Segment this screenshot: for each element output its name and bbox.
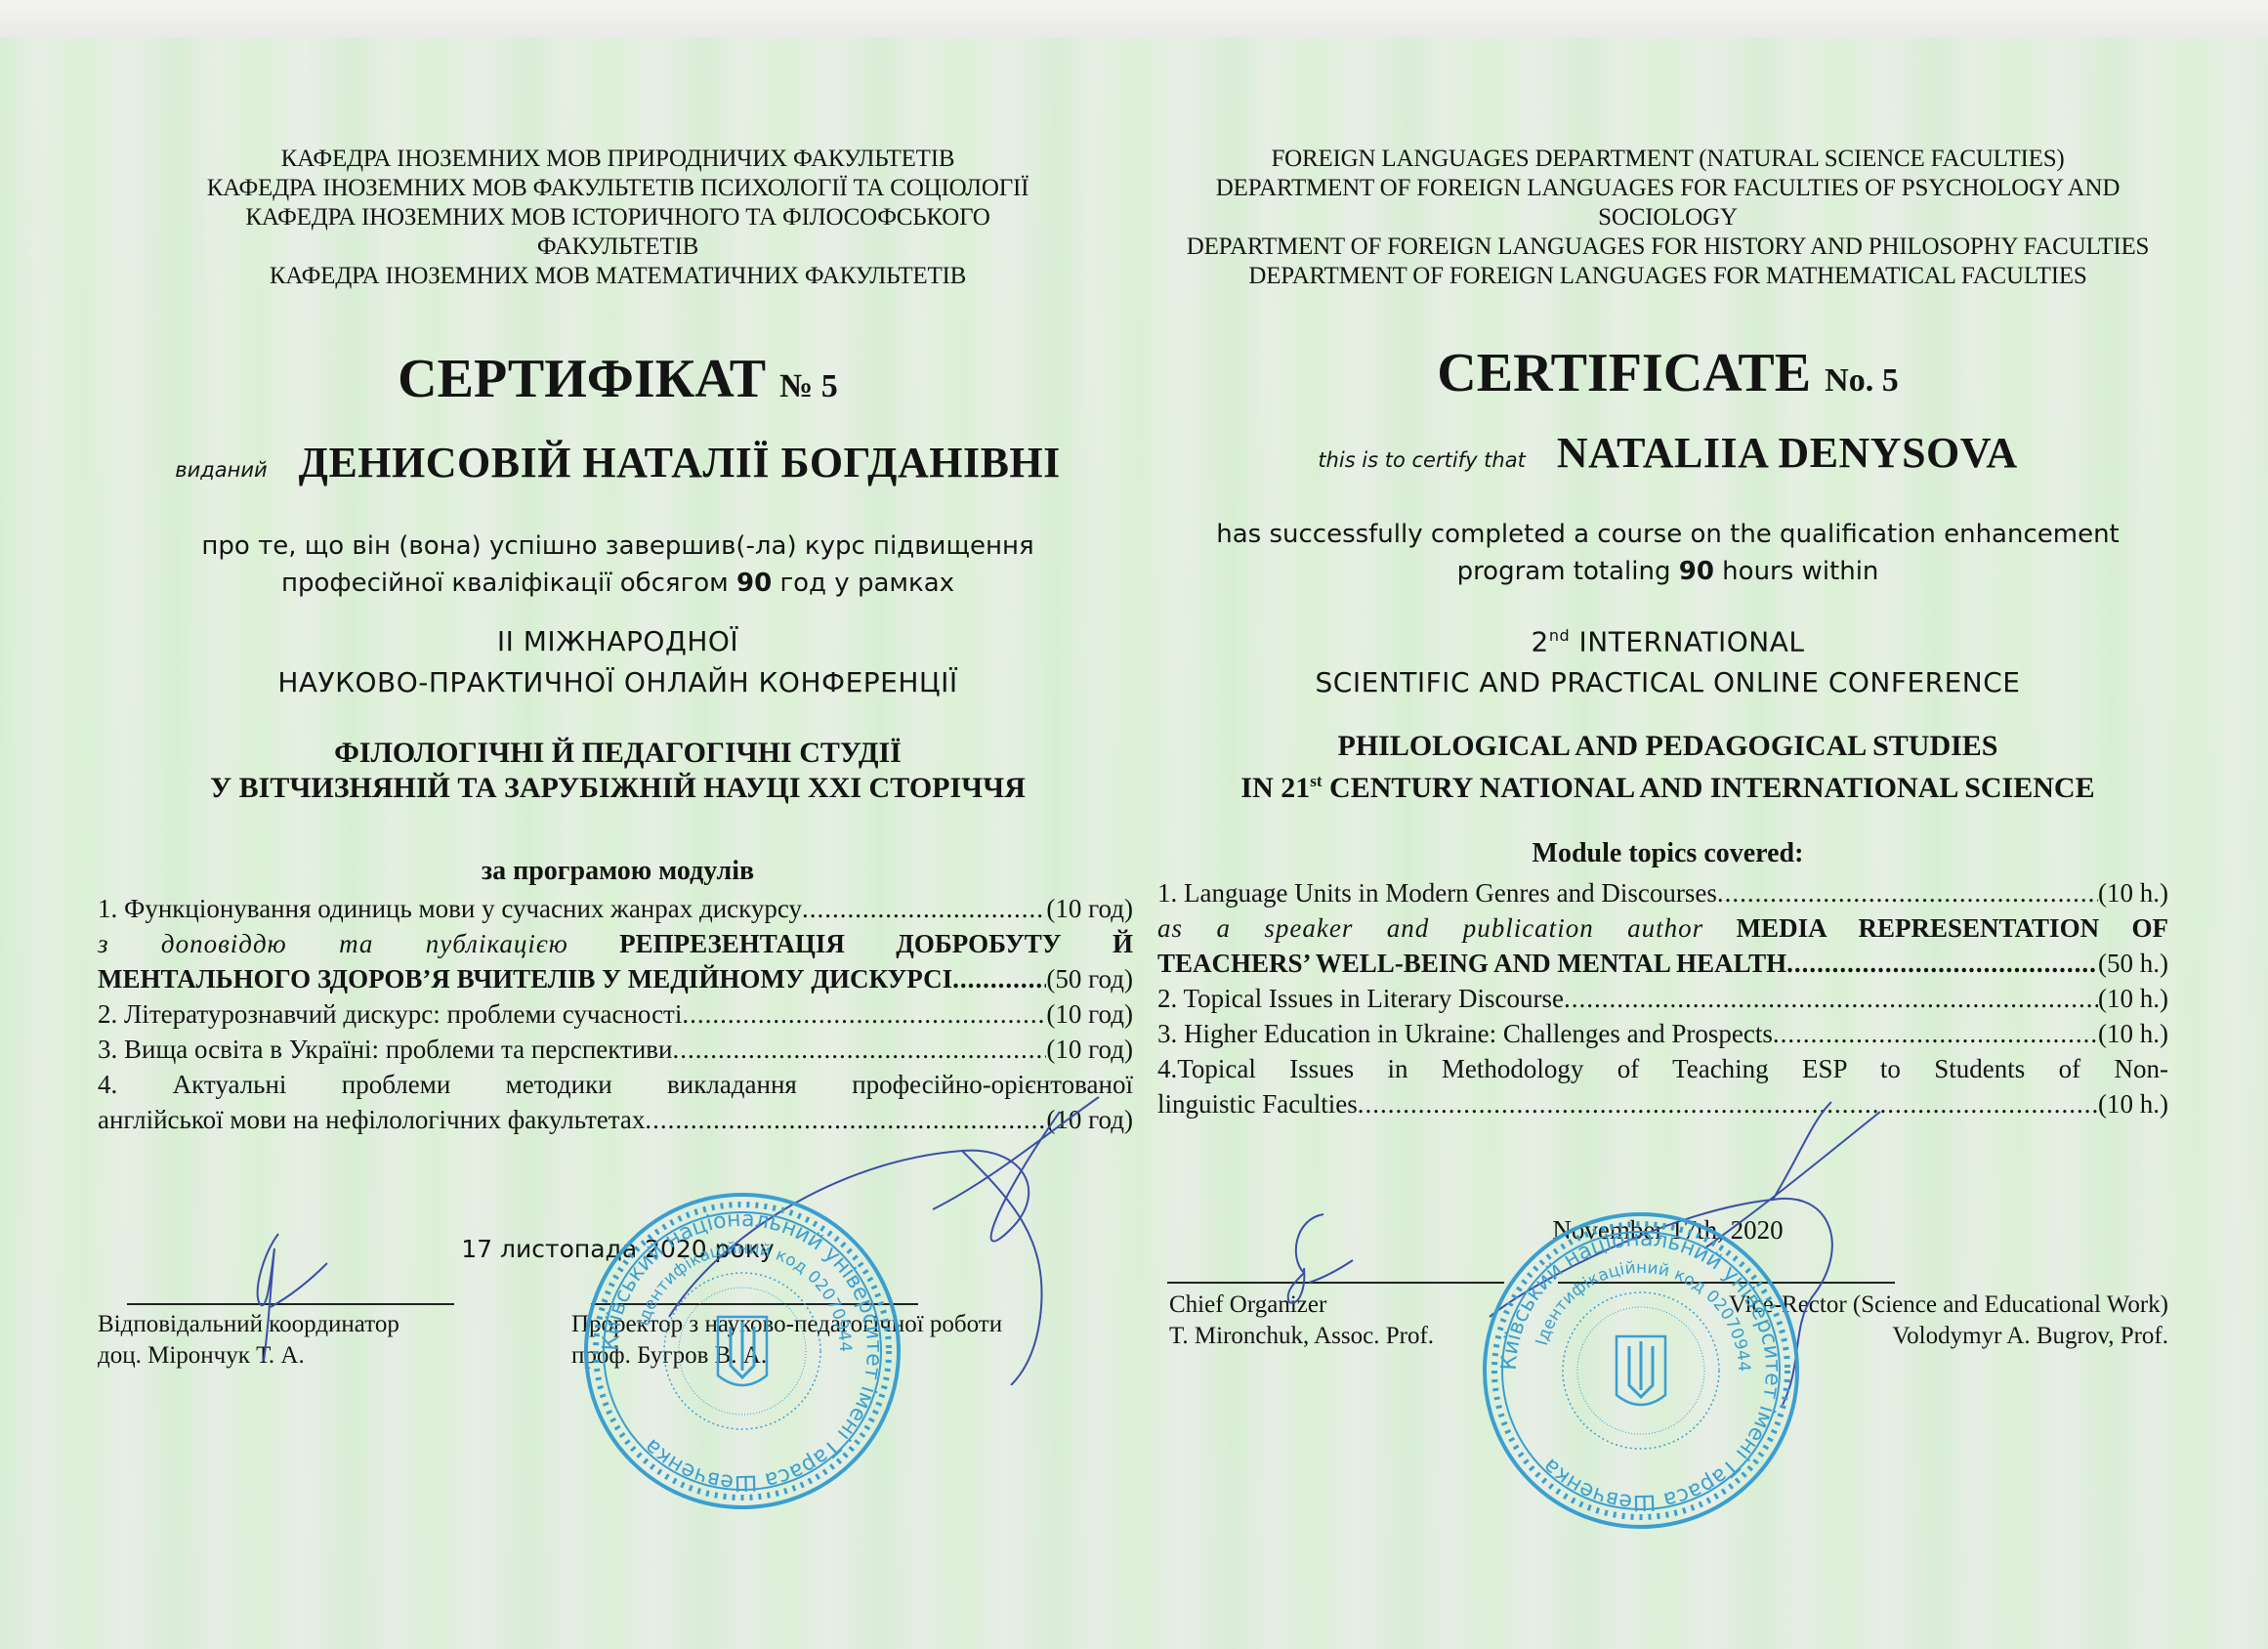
department-line: SOCIOLOGY bbox=[1157, 203, 2178, 233]
speaker-paper: з доповіддю та публікацією РЕПРЕЗЕНТАЦІЯ… bbox=[98, 926, 1133, 961]
module-item: 3. Higher Education in Ukraine: Challeng… bbox=[1157, 1016, 2168, 1051]
theme-line: У ВІТЧИЗНЯНІЙ ТА ЗАРУБІЖНІЙ НАУЦІ XXI СТ… bbox=[93, 771, 1143, 806]
module-list: 1. Language Units in Modern Genres and D… bbox=[1157, 875, 2168, 1121]
module-title: 2. Літературознавчий дискурс: проблеми с… bbox=[98, 996, 682, 1032]
description-line: професійної кваліфікації обсягом 90 год … bbox=[93, 565, 1143, 602]
department-line: КАФЕДРА ІНОЗЕМНИХ МОВ ПРИРОДНИЧИХ ФАКУЛЬ… bbox=[93, 145, 1143, 174]
module-hours: (50 h.) bbox=[2098, 946, 2168, 981]
conference-ordinal: 2 bbox=[1531, 625, 1548, 657]
paper-title: TEACHERS’ WELL-BEING AND MENTAL HEALTH bbox=[1157, 946, 1786, 981]
module-hours: (50 год) bbox=[1046, 961, 1133, 996]
recipient-line: виданий ДЕНИСОВІЙ НАТАЛІЇ БОГДАНІВНІ bbox=[93, 438, 1143, 487]
total-hours: 90 bbox=[1679, 557, 1714, 586]
speaker-label: з доповіддю та публікацією bbox=[98, 929, 568, 958]
description-line: про те, що він (вона) успішно завершив(-… bbox=[93, 528, 1143, 565]
description-text: професійної кваліфікації обсягом bbox=[281, 569, 736, 598]
conference-name: ІІ МІЖНАРОДНОЇ НАУКОВО-ПРАКТИЧНОЇ ОНЛАЙН… bbox=[93, 621, 1143, 703]
department-line: DEPARTMENT OF FOREIGN LANGUAGES FOR MATH… bbox=[1157, 262, 2178, 291]
theme-text: CENTURY NATIONAL AND INTERNATIONAL SCIEN… bbox=[1323, 772, 2095, 804]
module-title: 1. Функціонування одиниць мови у сучасни… bbox=[98, 891, 802, 926]
paper-title: РЕПРЕЗЕНТАЦІЯ ДОБРОБУТУ Й bbox=[619, 929, 1133, 958]
issued-label: this is to certify that bbox=[1318, 448, 1526, 472]
issued-label: виданий bbox=[175, 458, 267, 482]
certificate-number: № 5 bbox=[779, 368, 838, 404]
department-list: КАФЕДРА ІНОЗЕМНИХ МОВ ПРИРОДНИЧИХ ФАКУЛЬ… bbox=[93, 145, 1143, 291]
department-list: FOREIGN LANGUAGES DEPARTMENT (NATURAL SC… bbox=[1157, 145, 2178, 291]
conference-line: SCIENTIFIC AND PRACTICAL ONLINE CONFEREN… bbox=[1157, 662, 2178, 703]
module-title: 4.Topical Issues in Methodology of Teach… bbox=[1157, 1054, 2168, 1083]
module-hours: (10 год) bbox=[1046, 891, 1133, 926]
theme-line: IN 21st CENTURY NATIONAL AND INTERNATION… bbox=[1157, 764, 2178, 806]
module-title: 3. Higher Education in Ukraine: Challeng… bbox=[1157, 1016, 1773, 1051]
theme-line: PHILOLOGICAL AND PEDAGOGICAL STUDIES bbox=[1157, 729, 2178, 764]
speaker-label: as a speaker and publication author bbox=[1157, 913, 1703, 943]
conference-text: INTERNATIONAL bbox=[1570, 625, 1804, 657]
module-item: МЕНТАЛЬНОГО ЗДОРОВ’Я ВЧИТЕЛІВ У МЕДІЙНОМ… bbox=[98, 961, 1133, 996]
module-item: 1. Language Units in Modern Genres and D… bbox=[1157, 875, 2168, 910]
conference-line: ІІ МІЖНАРОДНОЇ bbox=[93, 621, 1143, 662]
description-text: program totaling bbox=[1457, 557, 1679, 586]
certificate-title: CERTIFICATE No. 5 bbox=[1157, 342, 2178, 404]
leader-dots bbox=[1717, 875, 2098, 910]
module-title: 1. Language Units in Modern Genres and D… bbox=[1157, 875, 1717, 910]
department-line: КАФЕДРА ІНОЗЕМНИХ МОВ ФАКУЛЬТЕТІВ ПСИХОЛ… bbox=[93, 174, 1143, 203]
module-hours: (10 год) bbox=[1046, 1032, 1133, 1067]
module-item: 1. Функціонування одиниць мови у сучасни… bbox=[98, 891, 1133, 926]
course-description: про те, що він (вона) успішно завершив(-… bbox=[93, 528, 1143, 602]
department-line: КАФЕДРА ІНОЗЕМНИХ МОВ ІСТОРИЧНОГО ТА ФІЛ… bbox=[93, 203, 1143, 233]
leader-dots bbox=[682, 996, 1046, 1032]
paper-title: МЕНТАЛЬНОГО ЗДОРОВ’Я ВЧИТЕЛІВ У МЕДІЙНОМ… bbox=[98, 961, 952, 996]
ordinal-suffix: st bbox=[1310, 772, 1322, 790]
conference-line: 2nd INTERNATIONAL bbox=[1157, 615, 2178, 662]
recipient-name: NATALIIA DENYSOVA bbox=[1557, 429, 2018, 477]
signatory-name: T. Mironchuk, Assoc. Prof. bbox=[1169, 1321, 1434, 1352]
certificate-number: No. 5 bbox=[1825, 362, 1899, 399]
description-line: program totaling 90 hours within bbox=[1157, 553, 2178, 590]
module-hours: (10 h.) bbox=[2098, 981, 2168, 1016]
leader-dots bbox=[672, 1032, 1046, 1067]
title-text: СЕРТИФІКАТ bbox=[398, 349, 766, 409]
module-hours: (10 год) bbox=[1046, 996, 1133, 1032]
description-text: hours within bbox=[1714, 557, 1879, 586]
leader-dots bbox=[802, 891, 1046, 926]
module-item: 2. Topical Issues in Literary Discourse … bbox=[1157, 981, 2168, 1016]
scan-top-edge bbox=[0, 0, 2268, 37]
module-title: 3. Вища освіта в Україні: проблеми та пе… bbox=[98, 1032, 672, 1067]
signature-coordinator-icon bbox=[210, 1209, 347, 1366]
module-title: linguistic Faculties bbox=[1157, 1086, 1358, 1121]
module-item: 2. Літературознавчий дискурс: проблеми с… bbox=[98, 996, 1133, 1032]
module-item: 3. Вища освіта в Україні: проблеми та пе… bbox=[98, 1032, 1133, 1067]
conference-theme: PHILOLOGICAL AND PEDAGOGICAL STUDIES IN … bbox=[1157, 729, 2178, 806]
total-hours: 90 bbox=[736, 569, 772, 598]
department-line: КАФЕДРА ІНОЗЕМНИХ МОВ МАТЕМАТИЧНИХ ФАКУЛ… bbox=[93, 262, 1143, 291]
speaker-paper: as a speaker and publication author MEDI… bbox=[1157, 910, 2168, 946]
course-description: has successfully completed a course on t… bbox=[1157, 516, 2178, 590]
department-line: DEPARTMENT OF FOREIGN LANGUAGES FOR HIST… bbox=[1157, 233, 2178, 262]
leader-dots bbox=[1786, 946, 2098, 981]
theme-text: IN 21 bbox=[1240, 772, 1310, 804]
paper-title: MEDIA REPRESENTATION OF bbox=[1737, 913, 2168, 943]
leader-dots bbox=[1773, 1016, 2098, 1051]
module-hours: (10 h.) bbox=[2098, 1016, 2168, 1051]
theme-line: ФІЛОЛОГІЧНІ Й ПЕДАГОГІЧНІ СТУДІЇ bbox=[93, 736, 1143, 771]
leader-dots bbox=[1564, 981, 2098, 1016]
conference-name: 2nd INTERNATIONAL SCIENTIFIC AND PRACTIC… bbox=[1157, 615, 2178, 703]
modules-heading: Module topics covered: bbox=[1157, 838, 2178, 869]
module-hours: (10 h.) bbox=[2098, 1086, 2168, 1121]
department-line: FOREIGN LANGUAGES DEPARTMENT (NATURAL SC… bbox=[1157, 145, 2178, 174]
department-line: ФАКУЛЬТЕТІВ bbox=[93, 233, 1143, 262]
university-stamp-icon: Київський національний університет імені… bbox=[576, 1185, 908, 1517]
module-hours: (10 h.) bbox=[2098, 875, 2168, 910]
certificate-sheet: КАФЕДРА ІНОЗЕМНИХ МОВ ПРИРОДНИЧИХ ФАКУЛЬ… bbox=[0, 37, 2268, 1649]
module-item: 4.Topical Issues in Methodology of Teach… bbox=[1157, 1051, 2168, 1086]
module-item: TEACHERS’ WELL-BEING AND MENTAL HEALTH (… bbox=[1157, 946, 2168, 981]
module-title: 2. Topical Issues in Literary Discourse bbox=[1157, 981, 1564, 1016]
certificate-title: СЕРТИФІКАТ № 5 bbox=[93, 348, 1143, 410]
description-line: has successfully completed a course on t… bbox=[1157, 516, 2178, 553]
conference-theme: ФІЛОЛОГІЧНІ Й ПЕДАГОГІЧНІ СТУДІЇ У ВІТЧИ… bbox=[93, 736, 1143, 806]
leader-dots bbox=[952, 961, 1046, 996]
department-line: DEPARTMENT OF FOREIGN LANGUAGES FOR FACU… bbox=[1157, 174, 2178, 203]
description-text: год у рамках bbox=[772, 569, 954, 598]
title-text: CERTIFICATE bbox=[1437, 343, 1811, 403]
signature-organizer-icon bbox=[1236, 1200, 1372, 1317]
university-stamp-icon: Київський національний університет імені… bbox=[1475, 1205, 1807, 1537]
conference-line: НАУКОВО-ПРАКТИЧНОЇ ОНЛАЙН КОНФЕРЕНЦІЇ bbox=[93, 662, 1143, 703]
ordinal-suffix: nd bbox=[1549, 626, 1570, 645]
recipient-line: this is to certify that NATALIIA DENYSOV… bbox=[1157, 428, 2178, 478]
modules-heading: за програмою модулів bbox=[93, 856, 1143, 887]
module-title: англійської мови на нефілологічних факул… bbox=[98, 1102, 645, 1137]
recipient-name: ДЕНИСОВІЙ НАТАЛІЇ БОГДАНІВНІ bbox=[299, 439, 1061, 486]
